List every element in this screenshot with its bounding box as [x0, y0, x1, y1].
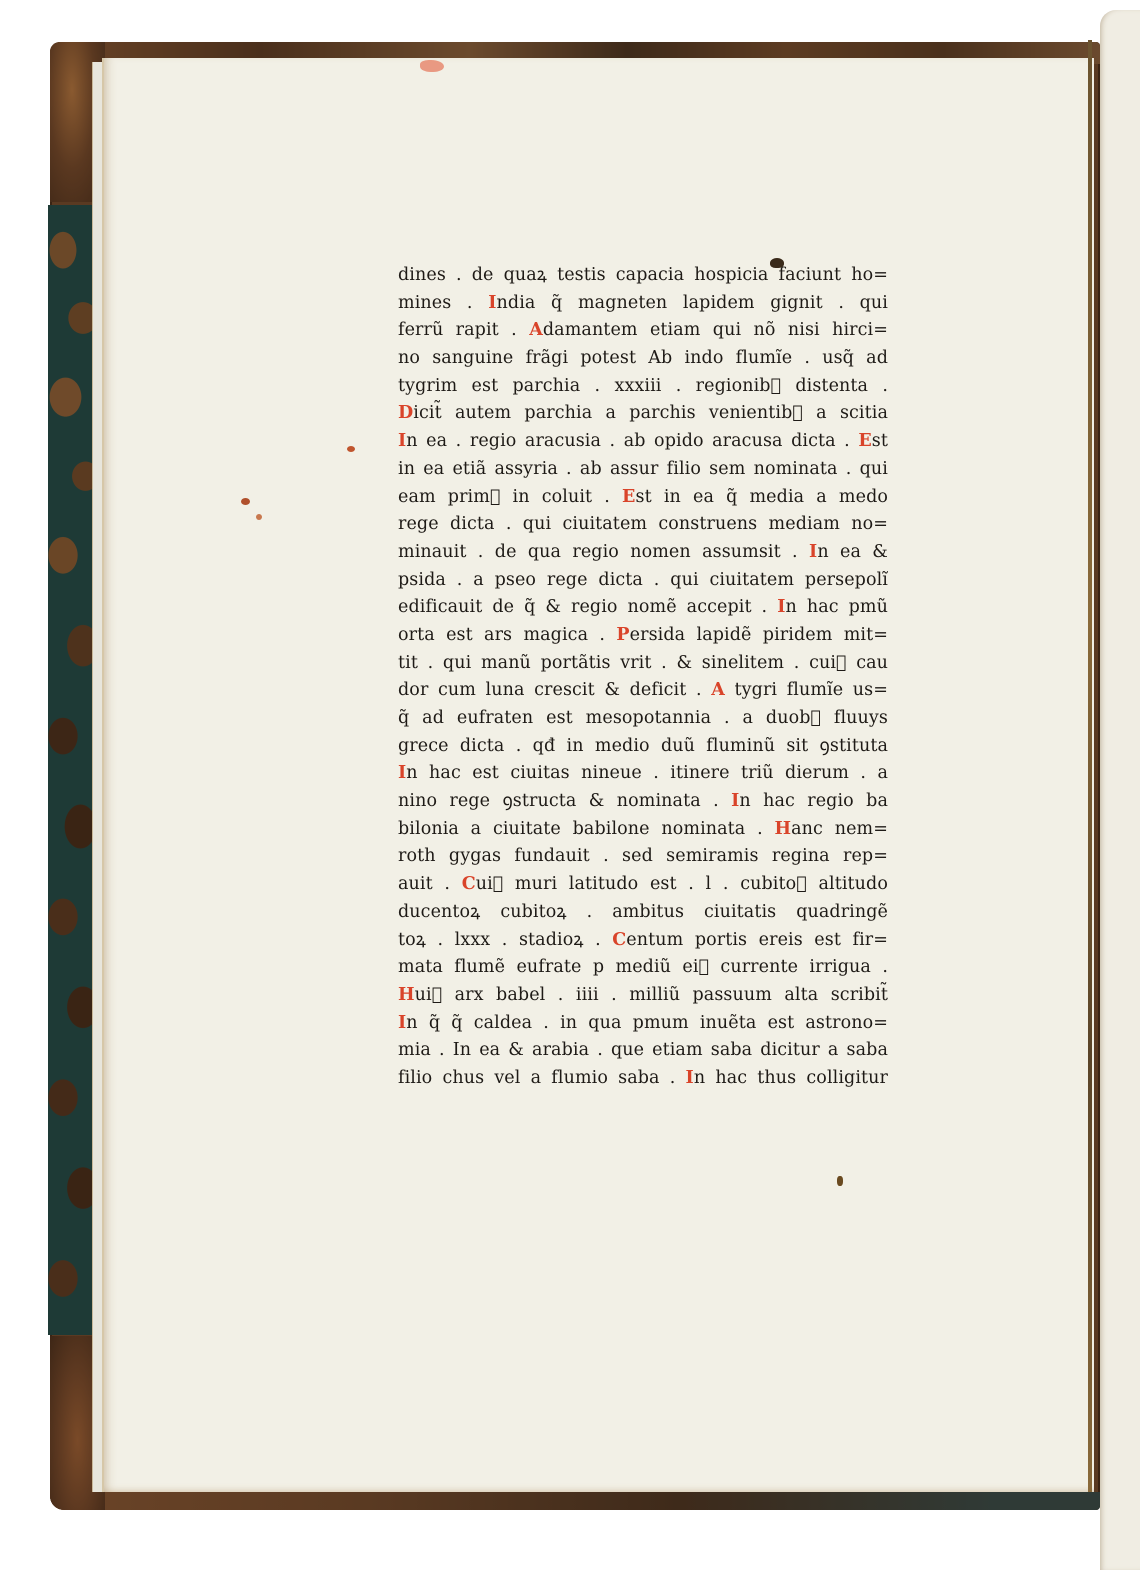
rubricated-initial: I: [398, 431, 406, 451]
rubricated-initial: H: [775, 819, 792, 839]
rubricated-initial: H: [398, 985, 415, 1005]
text-line: mata flumẽ eufrate p mediũ ei᷒ currente …: [398, 954, 888, 982]
rubricated-initial: I: [398, 1013, 406, 1033]
text-line: roth gygas fundauit . sed semiramis regi…: [398, 843, 888, 871]
rubricated-initial: P: [616, 625, 629, 645]
text-line: mines . India q̃ magneten lapidem gignit…: [398, 290, 888, 318]
cover-bottom-edge: [50, 1492, 1100, 1510]
facing-page: [1100, 10, 1140, 1570]
text-line: ferrũ rapit . Adamantem etiam qui nõ nis…: [398, 317, 888, 345]
red-stain: [256, 514, 262, 520]
text-line: Dicit̃ autem parchia a parchis venientib…: [398, 400, 888, 428]
text-line: dor cum luna crescit & deficit . A tygri…: [398, 677, 888, 705]
text-block: dines . de quaꝝ testis capacia hospicia …: [398, 262, 888, 1093]
text-line: psida . a pseo rege dicta . qui ciuitate…: [398, 567, 888, 595]
text-line: orta est ars magica . Persida lapidẽ pir…: [398, 622, 888, 650]
text-line: tit . qui manũ portãtis vrit . & sinelit…: [398, 650, 888, 678]
rubricated-initial: A: [711, 680, 725, 700]
gutter: [1088, 40, 1092, 1492]
rubricated-initial: A: [529, 320, 543, 340]
text-line: grece dicta . qđ in medio duũ fluminũ si…: [398, 733, 888, 761]
text-line: eam prim᷒ in coluit . Est in ea q̃ media…: [398, 484, 888, 512]
red-stain: [420, 60, 444, 72]
rubricated-initial: I: [488, 293, 496, 313]
text-line: dines . de quaꝝ testis capacia hospicia …: [398, 262, 888, 290]
text-line: q̃ ad eufraten est mesopotannia . a duob…: [398, 705, 888, 733]
rubricated-initial: C: [612, 930, 626, 950]
red-stain: [347, 446, 355, 452]
text-line: In hac est ciuitas nineue . itinere triũ…: [398, 760, 888, 788]
text-line: nino rege ꝯstructa & nominata . In hac r…: [398, 788, 888, 816]
rubricated-initial: D: [398, 403, 413, 423]
rubricated-initial: E: [622, 487, 635, 507]
text-line: In q̃ q̃ caldea . in qua pmum inuẽta est…: [398, 1010, 888, 1038]
text-line: Hui᷒ arx babel . iiii . milliũ passuum a…: [398, 982, 888, 1010]
rubricated-initial: C: [462, 874, 476, 894]
text-line: toꝝ . lxxx . stadioꝝ . Centum portis ere…: [398, 927, 888, 955]
rubricated-initial: I: [686, 1068, 694, 1088]
marbled-paper-board: [48, 205, 98, 1335]
rubricated-initial: E: [858, 431, 871, 451]
rubricated-initial: I: [398, 763, 406, 783]
text-line: auit . Cui᷒ muri latitudo est . l . cubi…: [398, 871, 888, 899]
text-line: tygrim est parchia . xxxiii . regionib᷒ …: [398, 373, 888, 401]
rubricated-initial: I: [777, 597, 785, 617]
text-line: filio chus vel a flumio saba . In hac th…: [398, 1065, 888, 1093]
red-stain: [241, 498, 250, 505]
rubricated-initial: I: [809, 542, 817, 562]
text-line: ducentoꝝ cubitoꝝ . ambitus ciuitatis qua…: [398, 899, 888, 927]
text-line: bilonia a ciuitate babilone nominata . H…: [398, 816, 888, 844]
ink-spot: [837, 1176, 843, 1186]
text-line: in ea etiã assyria . ab assur filio sem …: [398, 456, 888, 484]
text-line: minauit . de qua regio nomen assumsit . …: [398, 539, 888, 567]
text-line: rege dicta . qui ciuitatem construens me…: [398, 511, 888, 539]
text-line: In ea . regio aracusia . ab opido aracus…: [398, 428, 888, 456]
text-line: mia . In ea & arabia . que etiam saba di…: [398, 1037, 888, 1065]
text-line: no sanguine frãgi potest Ab indo flumĩe …: [398, 345, 888, 373]
text-line: edificauit de q̃ & regio nomẽ accepit . …: [398, 594, 888, 622]
rubricated-initial: I: [731, 791, 739, 811]
